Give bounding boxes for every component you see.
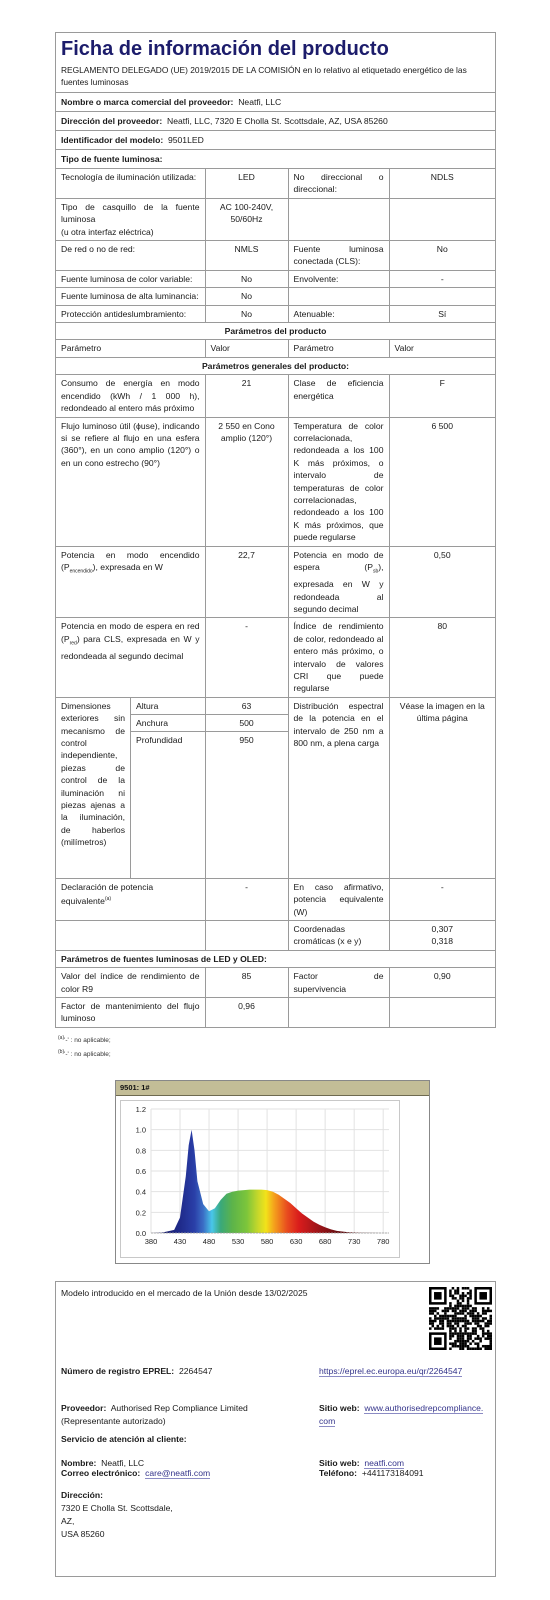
param-value: - [205,878,288,920]
dimension-label: Anchura [131,715,205,732]
table-row: Declaración de potencia equivalente(a) -… [56,878,495,920]
dimension-value: 63 [206,698,288,715]
svg-text:0.2: 0.2 [136,1208,146,1217]
table-row: De red o no de red:NMLSFuente luminosa c… [56,241,495,271]
param-label: Potencia en modo encendido (Pencendido),… [56,546,205,618]
param-value: 0,90 [389,968,495,998]
regulation-text: REGLAMENTO DELEGADO (UE) 2019/2015 DE LA… [56,62,495,93]
empty-cell [56,920,205,950]
empty-cell [389,998,495,1028]
dimensions-row: Dimensiones exteriores sin mecanismo de … [56,697,495,878]
footnote-b: (b)'-' : no aplicable; [58,1049,111,1058]
params-table: Tecnología de iluminación utilizada:LEDN… [56,168,495,1028]
param-label: Declaración de potencia equivalente(a) [56,878,205,920]
source-type-heading: Tipo de fuente luminosa: [56,150,495,168]
param-value: No [389,241,495,271]
param-label: Tipo de casquillo de la fuente luminosa(… [56,198,205,240]
param-label: Clase de eficiencia energética [288,375,389,417]
product-params-title-row: Parámetros del producto [56,323,495,340]
customer-contact: Correo electrónico: care@neatfi.com Telé… [55,1472,496,1577]
address-label: Dirección del proveedor: [61,116,162,126]
address-line: 7320 E Cholla St. Scottsdale, [61,1503,173,1513]
table-row: Factor de mantenimiento del flujo lumino… [56,998,495,1028]
param-value: - [205,618,288,697]
svg-text:680: 680 [319,1237,332,1246]
empty-cell [288,998,389,1028]
model-label: Identificador del modelo: [61,135,163,145]
table-row: Protección antideslumbramiento:NoAtenuab… [56,305,495,322]
col-header: Valor [389,340,495,357]
param-value: 22,7 [205,546,288,618]
page-title: Ficha de información del producto [56,33,495,62]
param-value: 80 [389,618,495,697]
email-row: Correo electrónico: care@neatfi.com [61,1467,210,1480]
registration-info: Modelo introducido en el mercado de la U… [55,1281,496,1473]
table-row: Flujo luminoso útil (ϕuse), indicando si… [56,417,495,546]
param-value: Sí [389,305,495,322]
eprel-row: Número de registro EPREL: 2264547 [61,1365,212,1378]
table-row: Potencia en modo de espera en red (Pred)… [56,618,495,697]
svg-text:730: 730 [348,1237,361,1246]
param-value: AC 100-240V, 50/60Hz [205,198,288,240]
param-label: Fuente luminosa de color variable: [56,270,205,287]
customer-service-heading: Servicio de atención al cliente: [61,1434,187,1444]
dimension-values: 63500950 [205,697,288,878]
param-label: En caso afirmativo, potencia equivalente… [288,878,389,920]
param-value: Véase la imagen en la última página [389,697,495,878]
web-label: Sitio web: [319,1403,360,1413]
svg-text:0.4: 0.4 [136,1188,146,1197]
provider-row: Proveedor: Authorised Rep Compliance Lim… [61,1402,301,1428]
param-label [288,198,389,240]
email-link[interactable]: care@neatfi.com [145,1468,210,1479]
table-row: Tecnología de iluminación utilizada:LEDN… [56,169,495,199]
table-row: Consumo de energía en modo encendido (kW… [56,375,495,417]
param-value: 2 550 en Cono amplio (120°) [205,417,288,546]
param-value: NMLS [205,241,288,271]
param-label [288,288,389,305]
param-label: Potencia en modo de espera (Psb), expres… [288,546,389,618]
param-value [389,288,495,305]
supplier-value: Neatfi, LLC [238,97,281,107]
model-row: Identificador del modelo: 9501LED [56,131,495,150]
param-value: 0,3070,318 [389,920,495,950]
param-label: De red o no de red: [56,241,205,271]
section-title: Parámetros de fuentes luminosas de LED y… [56,950,495,967]
section-title: Parámetros del producto [56,323,495,340]
param-value [389,198,495,240]
svg-text:480: 480 [203,1237,216,1246]
param-value: 0,50 [389,546,495,618]
svg-text:430: 430 [174,1237,187,1246]
qr-code-icon[interactable] [429,1287,492,1350]
svg-text:1.2: 1.2 [136,1105,146,1114]
param-label: Dimensiones exteriores sin mecanismo de … [56,698,131,878]
footnote-a: (a)'-' : no aplicable; [58,1035,111,1044]
address-row: Dirección del proveedor: Neatfi, LLC, 73… [56,112,495,131]
param-value: 0,96 [205,998,288,1028]
phone-label: Teléfono: [319,1468,357,1478]
phone-row: Teléfono: +441173184091 [319,1467,424,1480]
param-label: Protección antideslumbramiento: [56,305,205,322]
param-label: Valor del índice de rendimiento de color… [56,968,205,998]
product-info-sheet: Ficha de información del producto REGLAM… [55,32,496,1028]
param-label: Tecnología de iluminación utilizada: [56,169,205,199]
param-label: Distribución espectral de la potencia en… [288,697,389,878]
svg-text:580: 580 [261,1237,274,1246]
param-label: Coordenadas cromáticas (x e y) [288,920,389,950]
address-line: AZ, [61,1516,74,1526]
dimension-value: 950 [206,732,288,748]
column-headers-row: Parámetro Valor Parámetro Valor [56,340,495,357]
col-header: Parámetro [56,340,205,357]
market-info: Modelo introducido en el mercado de la U… [61,1287,308,1300]
table-row: Coordenadas cromáticas (x e y) 0,3070,31… [56,920,495,950]
spectral-chart: 9501: 1# 0.00.20.40.60.81.01.23804304805… [115,1080,430,1264]
address-line: USA 85260 [61,1529,104,1539]
address-value: Neatfi, LLC, 7320 E Cholla St. Scottsdal… [167,116,388,126]
address-label: Dirección: [61,1490,103,1500]
eprel-url[interactable]: https://eprel.ec.europa.eu/qr/2264547 [319,1366,462,1377]
table-row: Fuente luminosa de alta luminancia:No [56,288,495,305]
table-row: Potencia en modo encendido (Pencendido),… [56,546,495,618]
param-label: Flujo luminoso útil (ϕuse), indicando si… [56,417,205,546]
param-label: No direccional o direccional: [288,169,389,199]
param-value: No [205,270,288,287]
dimensions-cell: Dimensiones exteriores sin mecanismo de … [56,697,205,878]
param-label: Fuente luminosa conectada (CLS): [288,241,389,271]
param-value: NDLS [389,169,495,199]
eprel-value: 2264547 [179,1366,212,1376]
provider-label: Proveedor: [61,1403,106,1413]
param-label: Factor de mantenimiento del flujo lumino… [56,998,205,1028]
col-header: Valor [205,340,288,357]
table-row: Valor del índice de rendimiento de color… [56,968,495,998]
svg-text:630: 630 [290,1237,303,1246]
param-value: F [389,375,495,417]
svg-text:530: 530 [232,1237,245,1246]
param-value: - [389,878,495,920]
param-label: Temperatura de color correlacionada, red… [288,417,389,546]
chart-title: 9501: 1# [116,1081,429,1096]
table-row: Fuente luminosa de color variable:NoEnvo… [56,270,495,287]
param-label: Potencia en modo de espera en red (Pred)… [56,618,205,697]
svg-text:0.6: 0.6 [136,1167,146,1176]
param-value: - [389,270,495,287]
param-label: Atenuable: [288,305,389,322]
dimension-label: Altura [131,698,205,715]
param-label: Envolvente: [288,270,389,287]
eprel-label: Número de registro EPREL: [61,1366,174,1376]
empty-cell [205,920,288,950]
col-header: Parámetro [288,340,389,357]
section-title: Parámetros generales del producto: [56,357,495,374]
param-value: 85 [205,968,288,998]
svg-text:1.0: 1.0 [136,1126,146,1135]
svg-text:0.8: 0.8 [136,1146,146,1155]
email-label: Correo electrónico: [61,1468,140,1478]
param-label: Factor de supervivencia [288,968,389,998]
model-value: 9501LED [168,135,204,145]
spectrum-svg: 0.00.20.40.60.81.01.23804304805305806306… [121,1101,399,1257]
provider-web-row: Sitio web: www.authorisedrepcompliance.c… [319,1402,484,1428]
chart-plot-area: 0.00.20.40.60.81.01.23804304805305806306… [120,1100,400,1258]
supplier-label: Nombre o marca comercial del proveedor: [61,97,233,107]
svg-text:380: 380 [145,1237,158,1246]
svg-text:780: 780 [377,1237,390,1246]
param-label: Fuente luminosa de alta luminancia: [56,288,205,305]
phone-value: +441173184091 [362,1468,424,1478]
param-value: No [205,288,288,305]
param-label: Consumo de energía en modo encendido (kW… [56,375,205,417]
customer-service-label: Servicio de atención al cliente: [61,1433,187,1446]
table-row: Tipo de casquillo de la fuente luminosa(… [56,198,495,240]
param-value: 6 500 [389,417,495,546]
dimension-label: Profundidad [131,732,205,748]
eprel-link[interactable]: https://eprel.ec.europa.eu/qr/2264547 [319,1365,479,1378]
supplier-row: Nombre o marca comercial del proveedor: … [56,93,495,112]
param-label: Índice de rendimiento de color, redondea… [288,618,389,697]
param-value: 21 [205,375,288,417]
param-value: LED [205,169,288,199]
customer-address: Dirección: 7320 E Cholla St. Scottsdale,… [61,1489,173,1541]
param-value: No [205,305,288,322]
dimension-labels: AlturaAnchuraProfundidad [131,698,205,878]
source-type-label: Tipo de fuente luminosa: [61,154,163,164]
dimension-value: 500 [206,715,288,732]
